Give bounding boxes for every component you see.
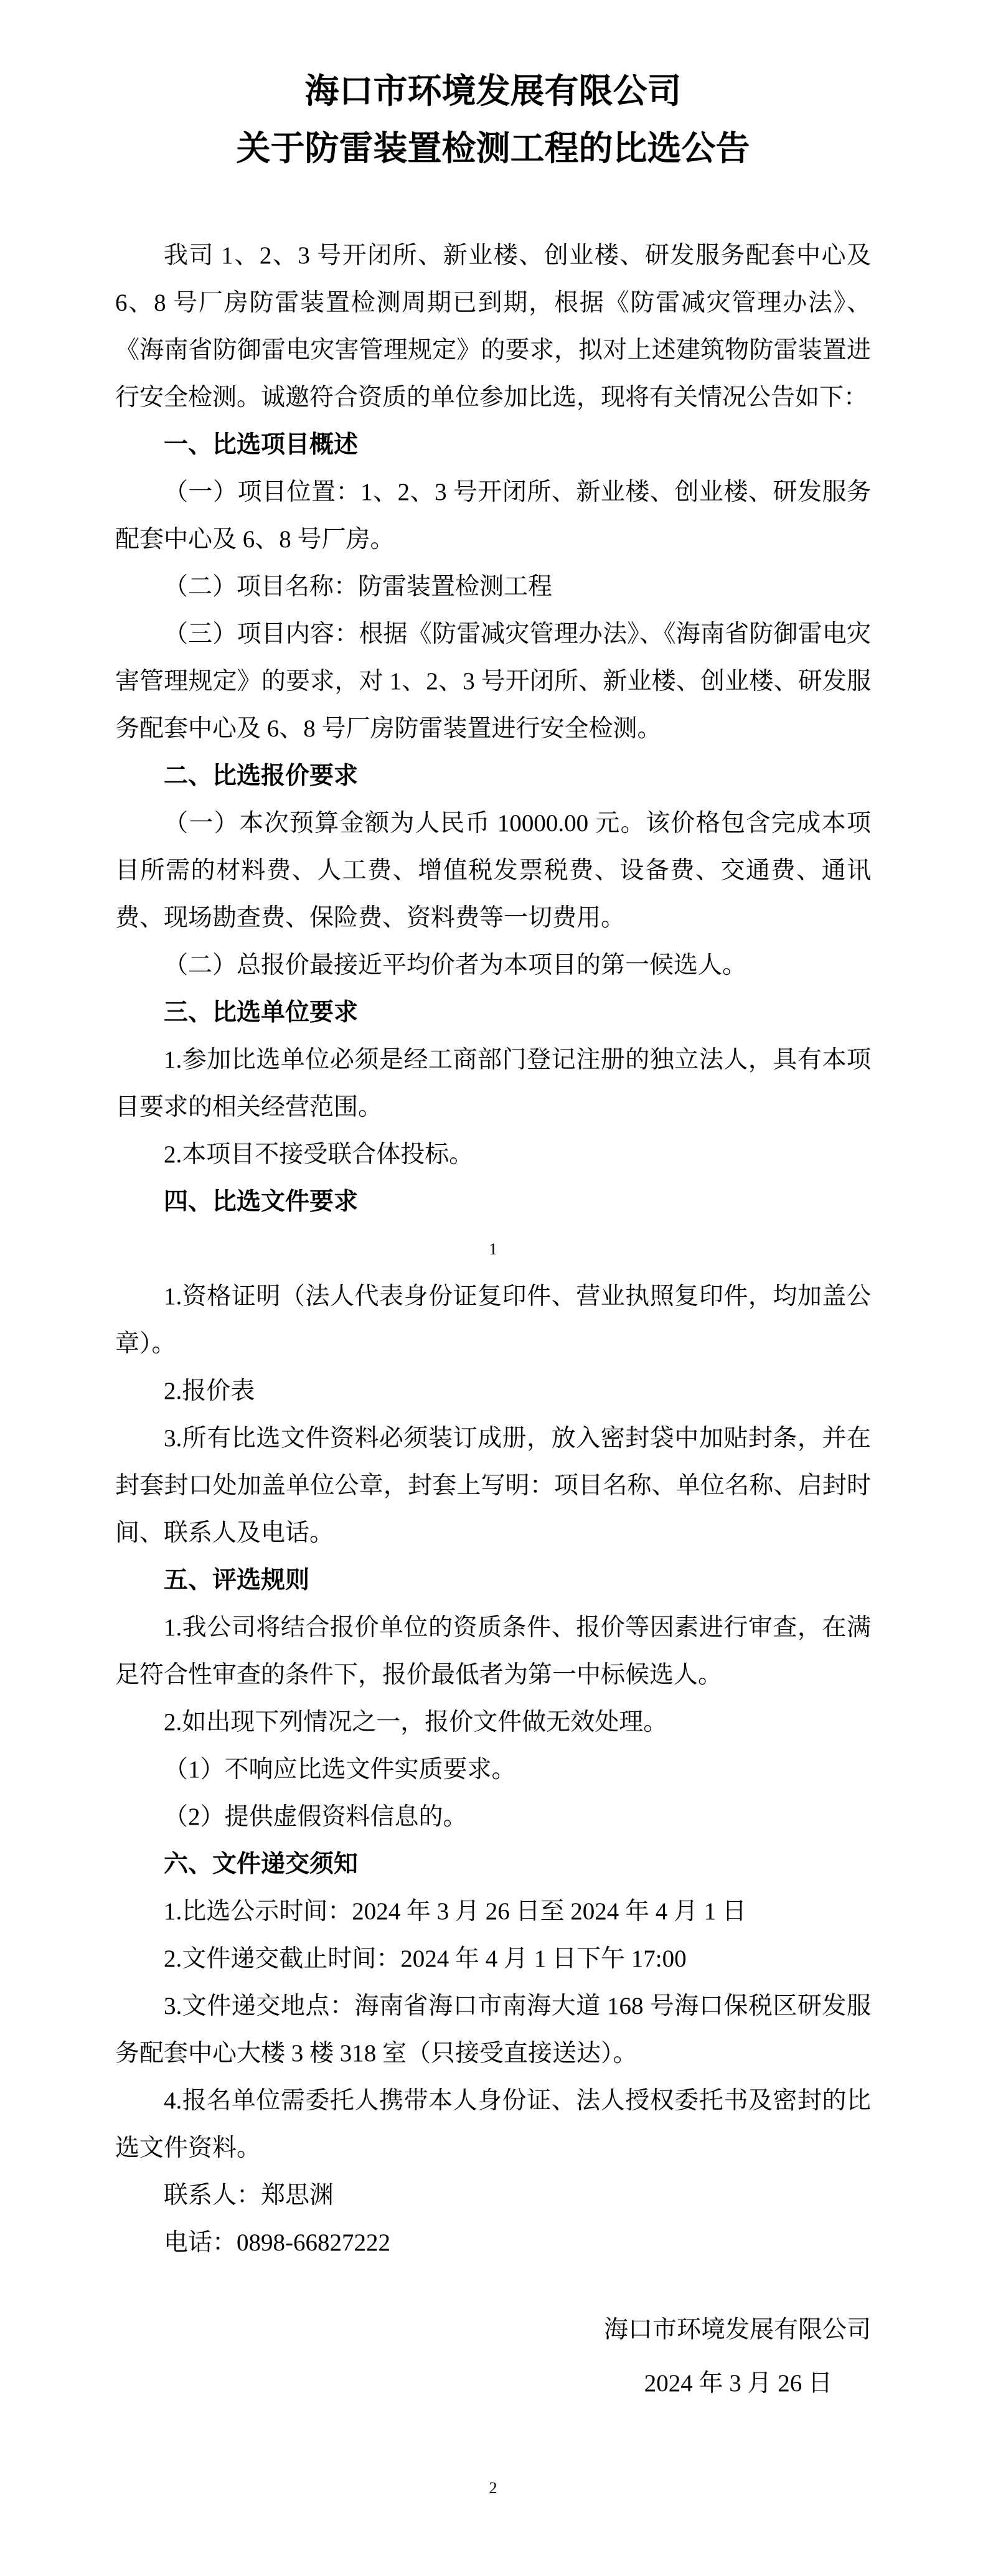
section-6-item-3: 3.文件递交地点：海南省海口市南海大道 168 号海口保税区研发服务配套中心大楼… [115, 1983, 871, 2077]
signature-company: 海口市环境发展有限公司 [115, 2306, 871, 2354]
section-4-item-3: 3.所有比选文件资料必须装订成册，放入密封袋中加贴封条，并在封套封口处加盖单位公… [115, 1415, 871, 1557]
document-page: 海口市环境发展有限公司 关于防雷装置检测工程的比选公告 我司 1、2、3 号开闭… [0, 0, 988, 2576]
section-6-item-4: 4.报名单位需委托人携带本人身份证、法人授权委托书及密封的比选文件资料。 [115, 2077, 871, 2172]
section-3-item-1: 1.参加比选单位必须是经工商部门登记注册的独立法人，具有本项目要求的相关经营范围… [115, 1037, 871, 1131]
page-number-1: 1 [115, 1226, 871, 1273]
section-1-item-2: （二）项目名称：防雷装置检测工程 [115, 563, 871, 611]
section-3-item-2: 2.本项目不接受联合体投标。 [115, 1131, 871, 1178]
document-title-line-2: 关于防雷装置检测工程的比选公告 [115, 120, 871, 177]
section-5-item-2-sub-2: （2）提供虚假资料信息的。 [115, 1793, 871, 1841]
section-1-heading: 一、比选项目概述 [115, 421, 871, 469]
section-4-item-2: 2.报价表 [115, 1368, 871, 1415]
signature-date: 2024 年 3 月 26 日 [115, 2360, 871, 2407]
section-2-heading: 二、比选报价要求 [115, 753, 871, 800]
section-4-heading: 四、比选文件要求 [115, 1178, 871, 1226]
section-5-item-2-sub-1: （1）不响应比选文件实质要求。 [115, 1746, 871, 1793]
section-5-item-1: 1.我公司将结合报价单位的资质条件、报价等因素进行审查，在满足符合性审查的条件下… [115, 1604, 871, 1699]
page-number-2: 2 [115, 2465, 871, 2512]
contact-phone-line: 电话：0898-66827222 [115, 2219, 871, 2267]
section-5-heading: 五、评选规则 [115, 1557, 871, 1604]
document-title-block: 海口市环境发展有限公司 关于防雷装置检测工程的比选公告 [115, 0, 871, 177]
section-5-item-2: 2.如出现下列情况之一，报价文件做无效处理。 [115, 1699, 871, 1746]
section-3-heading: 三、比选单位要求 [115, 989, 871, 1037]
section-2-item-1: （一）本次预算金额为人民币 10000.00 元。该价格包含完成本项目所需的材料… [115, 800, 871, 942]
section-6-item-2: 2.文件递交截止时间：2024 年 4 月 1 日下午 17:00 [115, 1935, 871, 1983]
section-1-item-3: （三）项目内容：根据《防雷减灾管理办法》、《海南省防御雷电灾害管理规定》的要求，… [115, 611, 871, 753]
document-title-line-1: 海口市环境发展有限公司 [115, 63, 871, 120]
section-6-item-1: 1.比选公示时间：2024 年 3 月 26 日至 2024 年 4 月 1 日 [115, 1888, 871, 1935]
section-6-heading: 六、文件递交须知 [115, 1841, 871, 1888]
section-1-item-1: （一）项目位置：1、2、3 号开闭所、新业楼、创业楼、研发服务配套中心及 6、8… [115, 469, 871, 563]
contact-person-line: 联系人：郑思渊 [115, 2172, 871, 2219]
section-2-item-2: （二）总报价最接近平均价者为本项目的第一候选人。 [115, 942, 871, 989]
section-4-item-1: 1.资格证明（法人代表身份证复印件、营业执照复印件，均加盖公章）。 [115, 1273, 871, 1368]
intro-paragraph: 我司 1、2、3 号开闭所、新业楼、创业楼、研发服务配套中心及 6、8 号厂房防… [115, 232, 871, 421]
